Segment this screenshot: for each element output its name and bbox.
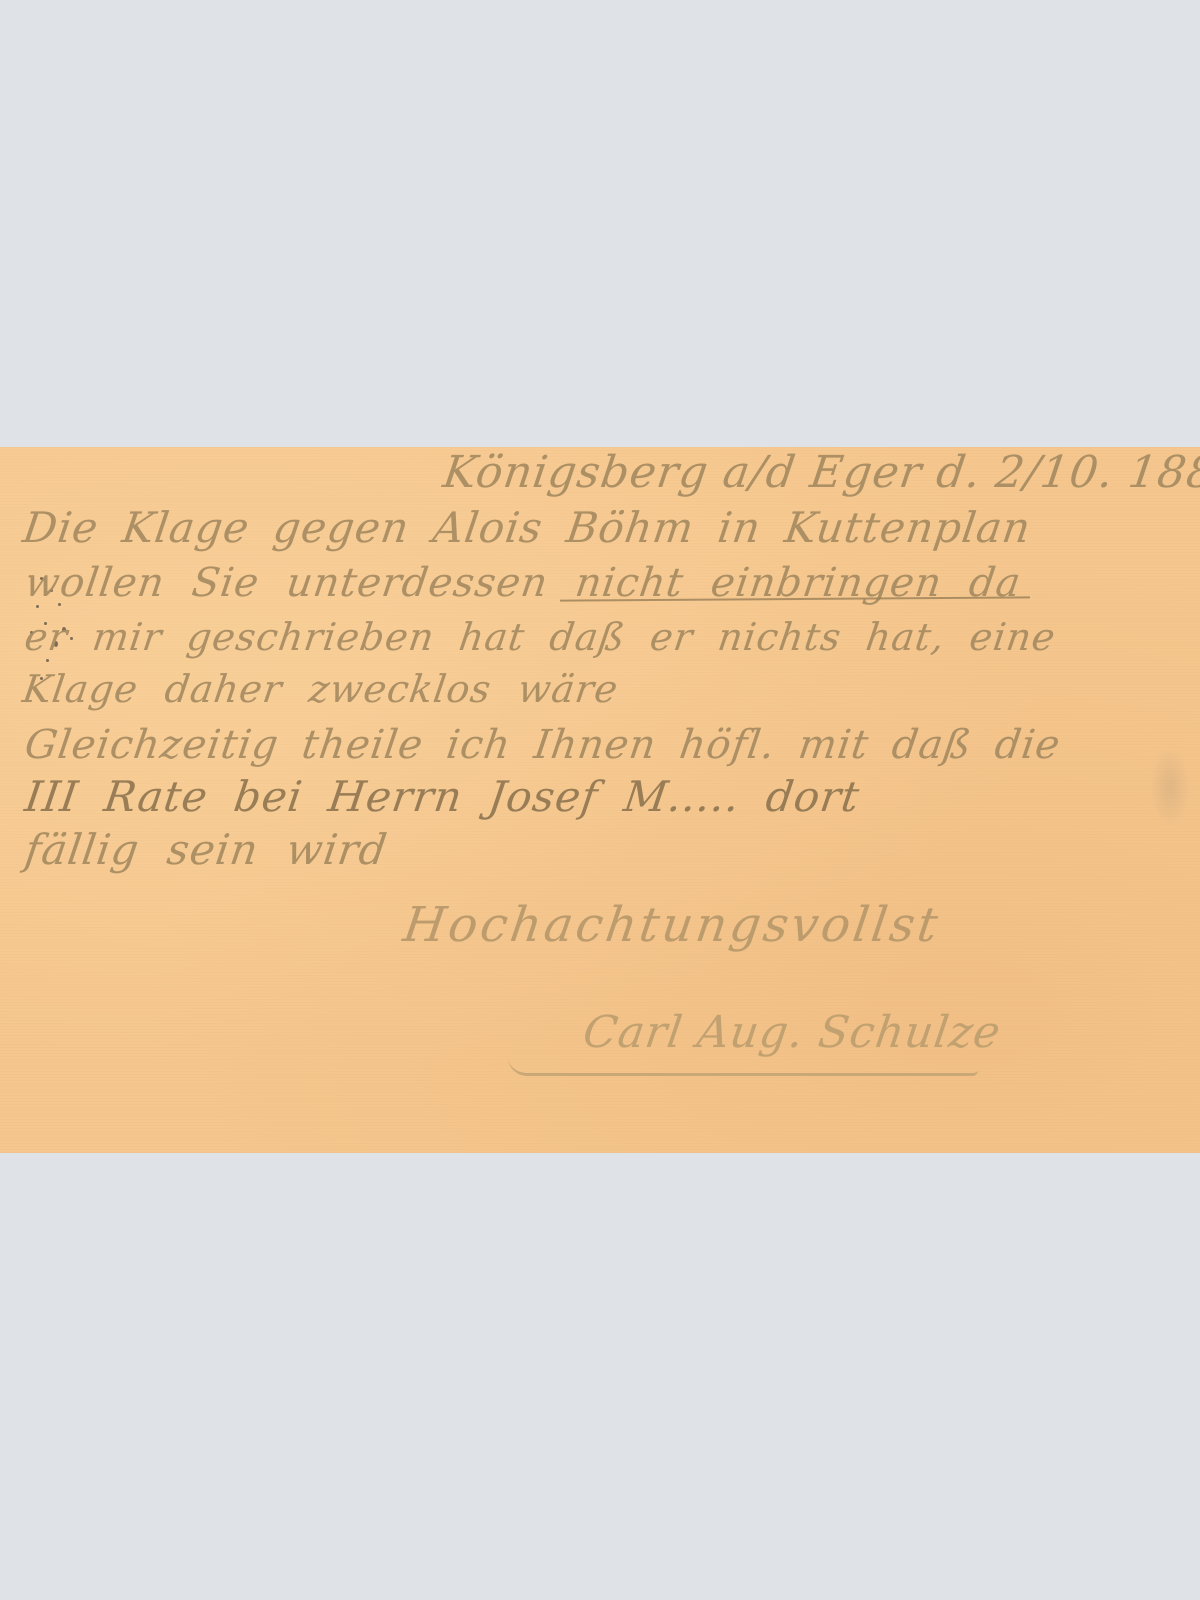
signature-flourish [508,1057,978,1076]
postcard: Königsberg a/d Eger d. 2/10. 1881. Die K… [0,447,1200,1153]
place-and-date: Königsberg a/d Eger d. 2/10. 1881. [440,447,1200,498]
faded-stamp-mark [1150,747,1190,827]
closing-salutation: Hochachtungsvollst [400,897,944,953]
body-line-1: Die Klage gegen Alois Böhm in Kuttenplan [20,503,1034,552]
body-line-6: III Rate bei Herrn Josef M..... dort [22,772,863,821]
body-line-7: fällig sein wird [22,825,391,874]
body-line-5: Gleichzeitig theile ich Ihnen höfl. mit … [22,722,1064,768]
body-line-3: er mir geschrieben hat daß er nichts hat… [22,615,1059,659]
signature: Carl Aug. Schulze [580,1007,1004,1058]
body-line-4: Klage daher zwecklos wäre [20,667,621,711]
